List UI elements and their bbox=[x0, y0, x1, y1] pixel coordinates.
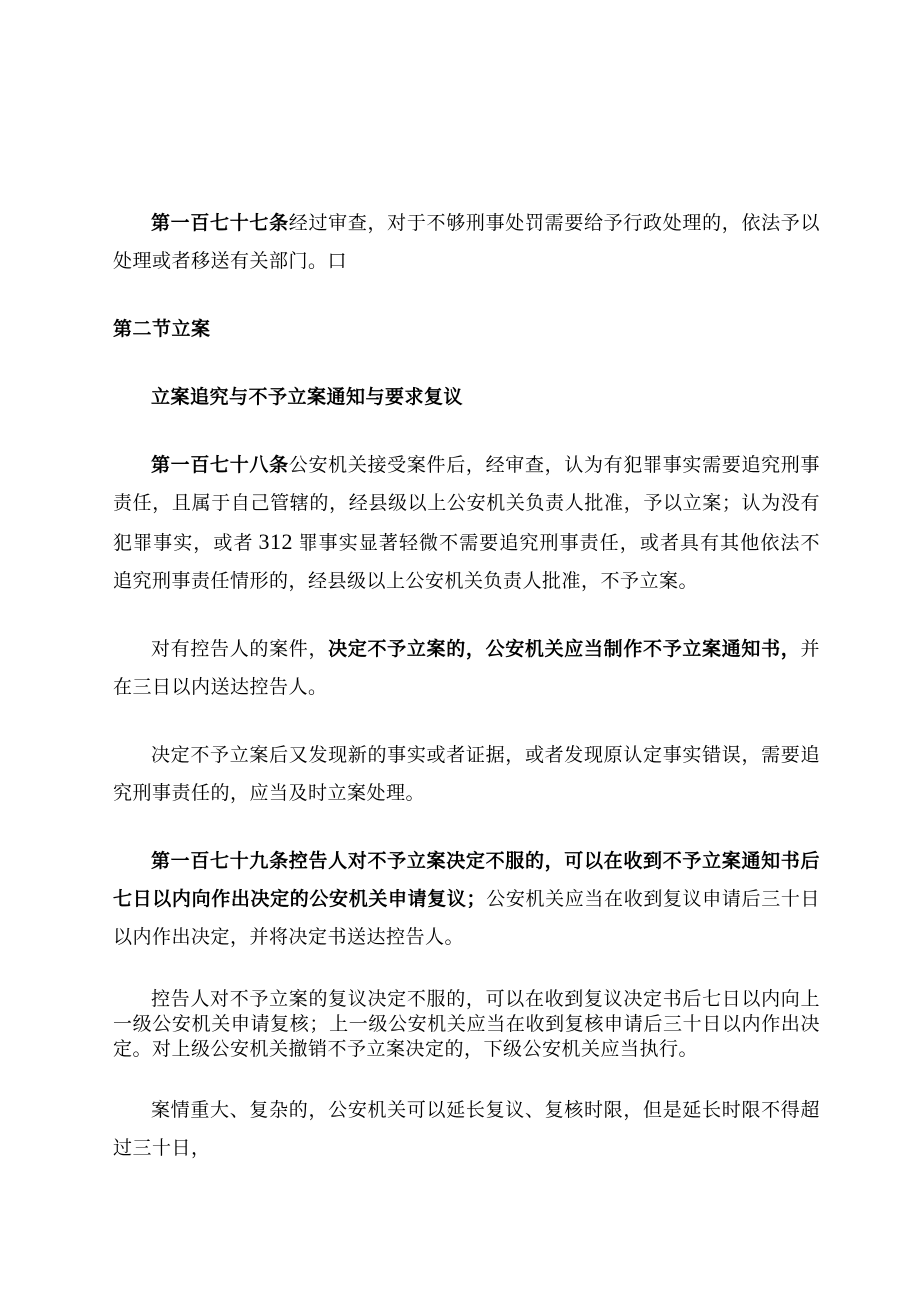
inline-page-number: 312 bbox=[254, 529, 299, 554]
section-heading: 第二节立案 bbox=[113, 311, 820, 349]
notice-emphasis-text: 决定不予立案的，公安机关应当制作不予立案通知书， bbox=[328, 639, 800, 660]
notice-paragraph: 对有控告人的案件，决定不予立案的，公安机关应当制作不予立案通知书，并在三日以内送… bbox=[113, 631, 820, 707]
review-paragraph: 控告人对不予立案的复议决定不服的，可以在收到复议决定书后七日以内向上一级公安机关… bbox=[113, 987, 820, 1062]
article-179-paragraph: 第一百七十九条控告人对不予立案决定不服的，可以在收到不予立案通知书后七日以内向作… bbox=[113, 843, 820, 957]
new-facts-paragraph: 决定不予立案后又发现新的事实或者证据，或者发现原认定事实错误，需要追究刑事责任的… bbox=[113, 737, 820, 813]
article-177-paragraph: 第一百七十七条经过审查，对于不够刑事处罚需要给予行政处理的，依法予以处理或者移送… bbox=[113, 205, 820, 281]
extension-paragraph: 案情重大、复杂的，公安机关可以延长复议、复核时限，但是延长时限不得超过三十日， bbox=[113, 1092, 820, 1168]
article-178-paragraph: 第一百七十八条公安机关接受案件后，经审查，认为有犯罪事实需要追究刑事责任，且属于… bbox=[113, 447, 820, 601]
article-178-number: 第一百七十八条 bbox=[151, 455, 289, 476]
subsection-title: 立案追究与不予立案通知与要求复议 bbox=[113, 379, 820, 417]
article-177-number: 第一百七十七条 bbox=[151, 213, 289, 234]
notice-lead-text: 对有控告人的案件， bbox=[151, 639, 328, 660]
document-page: 第一百七十七条经过审查，对于不够刑事处罚需要给予行政处理的，依法予以处理或者移送… bbox=[0, 0, 920, 1301]
